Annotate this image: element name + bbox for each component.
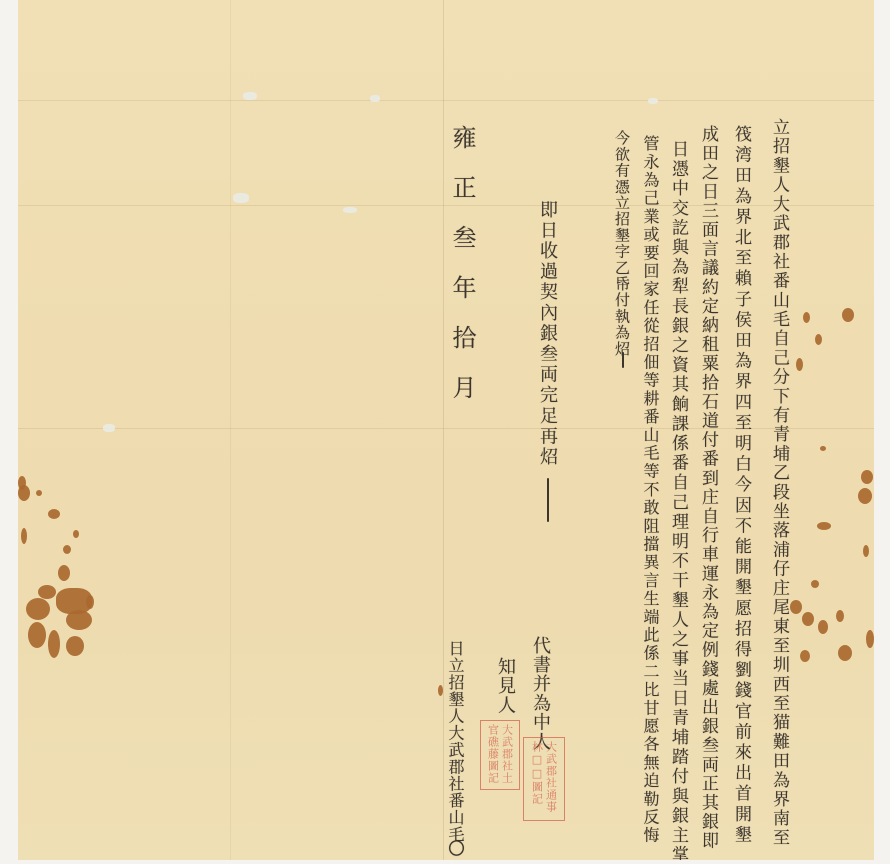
contract-column-1: 立招墾人大武郡社番山毛自己分下有青埔乙段坐落浦仔庄尾東至圳西至猫難田為界南至 (770, 118, 787, 848)
scribe-middleman-label: 代書并為中人 (531, 636, 549, 751)
seal-text: 大武郡社土 (502, 724, 513, 786)
receipt-note: 即日收過契內銀叁両完足再炤 (538, 200, 556, 468)
contract-column-2: 筏湾田為界北至賴子侯田為界四至明白今因不能開墾愿招得劉錢官前來出首開墾 (732, 125, 749, 846)
contract-column-4: 日憑中交訖與為犁長銀之資其餉課係番自己理明不干墾人之事当日青埔踏付與銀主掌 (669, 140, 686, 860)
fold-line (18, 100, 874, 101)
seal-stamp: 大武郡社土 官礁藤圖記 (480, 720, 520, 790)
contract-column-3: 成田之日三面言議約定納租粟拾石道付番到庄自行車運永為定例錢處出銀叁両正其銀即 (699, 125, 716, 851)
grantor-signature: 日立招墾人大武郡社番山毛 (447, 640, 463, 843)
contract-column-5: 管永為己業或要回家任從招佃等耕番山毛等不敢阻擋異言生端此係二比甘愿各無迫勒反悔 (642, 135, 658, 845)
closing-stroke (622, 352, 624, 368)
witness-label: 知見人 (496, 657, 514, 715)
paper-wear (343, 207, 357, 213)
seal-text: 官礁藤圖記 (488, 724, 499, 786)
paper-wear (233, 193, 249, 203)
closing-stroke (547, 478, 549, 522)
contract-date: 雍正叁年拾月 (450, 125, 474, 425)
seal-stamp: 大武郡社通事 林□□圖記 (523, 737, 565, 821)
paper-wear (243, 92, 257, 100)
seal-text: 林□□圖記 (532, 741, 543, 817)
fold-line (230, 0, 231, 860)
grantor-mark: 〇 (447, 840, 463, 856)
contract-column-6: 今欲有憑立招墾字乙帋付執為炤 (614, 130, 629, 357)
fold-line (443, 0, 444, 860)
paper-wear (103, 424, 115, 432)
stain-spot (438, 685, 443, 696)
paper-wear (370, 95, 380, 102)
document-paper: 立招墾人大武郡社番山毛自己分下有青埔乙段坐落浦仔庄尾東至圳西至猫難田為界南至 筏… (18, 0, 874, 860)
seal-text: 大武郡社通事 (546, 741, 557, 817)
paper-wear (648, 98, 658, 104)
